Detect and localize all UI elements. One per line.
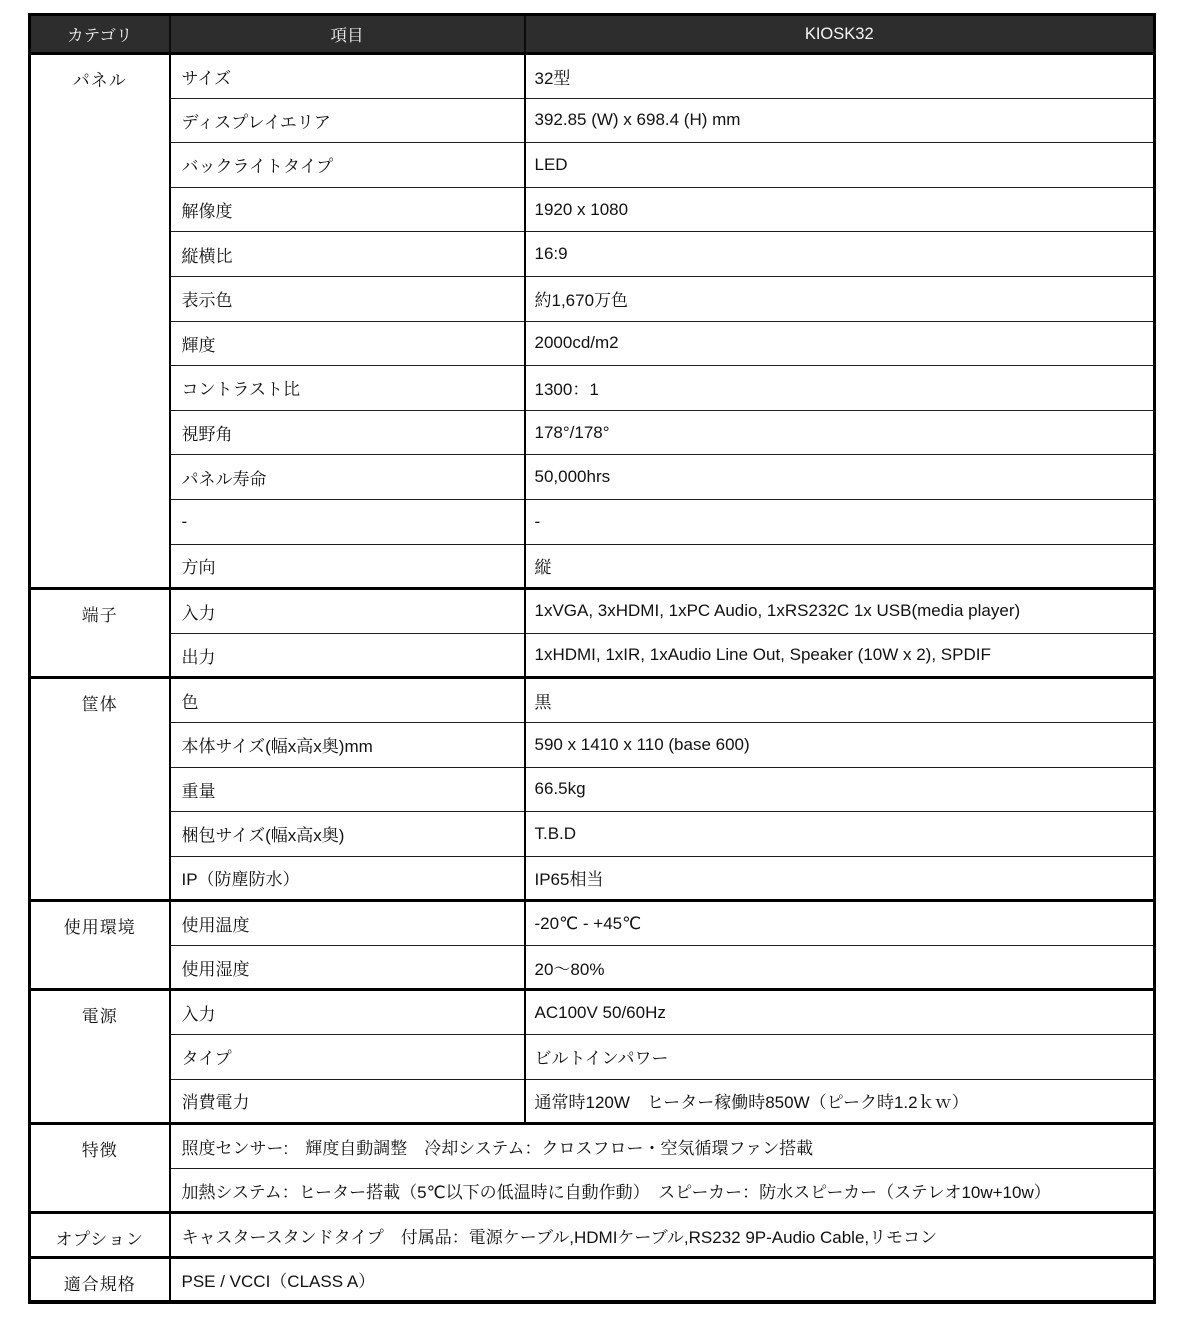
spec-row: パネル寿命50,000hrs [30, 455, 1155, 500]
spec-row: オプションキャスタースタンドタイプ 付属品：電源ケーブル,HDMIケーブル,RS… [30, 1213, 1155, 1258]
value-cell: -20℃ - +45℃ [525, 901, 1155, 946]
spec-text-cell: 照度センサー: 輝度自動調整 冷却システム：クロスフロー・空気循環ファン搭載 [170, 1124, 1155, 1169]
spec-row: バックライトタイプLED [30, 143, 1155, 188]
value-cell: 縦 [525, 544, 1155, 589]
header-category: カテゴリ [30, 15, 170, 54]
spec-row: 電源入力AC100V 50/60Hz [30, 990, 1155, 1035]
value-cell: 50,000hrs [525, 455, 1155, 500]
spec-table-header: カテゴリ 項目 KIOSK32 [30, 15, 1155, 54]
item-cell: 輝度 [170, 321, 525, 366]
spec-row: 端子入力1xVGA, 3xHDMI, 1xPC Audio, 1xRS232C … [30, 589, 1155, 634]
category-cell: 特徴 [30, 1124, 170, 1213]
value-cell: 1xHDMI, 1xIR, 1xAudio Line Out, Speaker … [525, 633, 1155, 678]
value-cell: LED [525, 143, 1155, 188]
spec-row: 消費電力通常時120W ヒーター稼働時850W（ピーク時1.2ｋｗ） [30, 1079, 1155, 1124]
spec-row: 出力1xHDMI, 1xIR, 1xAudio Line Out, Speake… [30, 633, 1155, 678]
spec-row: -- [30, 499, 1155, 544]
item-cell: 本体サイズ(幅x高x奥)mm [170, 722, 525, 767]
value-cell: 20〜80% [525, 945, 1155, 990]
item-cell: パネル寿命 [170, 455, 525, 500]
item-cell: 入力 [170, 990, 525, 1035]
item-cell: 重量 [170, 767, 525, 812]
item-cell: 梱包サイズ(幅x高x奥) [170, 812, 525, 857]
header-product: KIOSK32 [525, 15, 1155, 54]
value-cell: T.B.D [525, 812, 1155, 857]
value-cell: 2000cd/m2 [525, 321, 1155, 366]
spec-text-cell: キャスタースタンドタイプ 付属品：電源ケーブル,HDMIケーブル,RS232 9… [170, 1213, 1155, 1258]
value-cell: 178°/178° [525, 410, 1155, 455]
header-item: 項目 [170, 15, 525, 54]
spec-text-cell: 加熱システム：ヒーター搭載（5℃以下の低温時に自動作動） スピーカー：防水スピー… [170, 1168, 1155, 1213]
spec-text-cell: PSE / VCCI（CLASS A） [170, 1258, 1155, 1303]
value-cell: ビルトインパワー [525, 1035, 1155, 1080]
category-cell: 筐体 [30, 678, 170, 901]
item-cell: 使用温度 [170, 901, 525, 946]
value-cell: 1920 x 1080 [525, 187, 1155, 232]
value-cell: IP65相当 [525, 856, 1155, 901]
value-cell: 392.85 (W) x 698.4 (H) mm [525, 98, 1155, 143]
item-cell: 色 [170, 678, 525, 723]
spec-row: IP（防塵防水）IP65相当 [30, 856, 1155, 901]
spec-row: 視野角178°/178° [30, 410, 1155, 455]
spec-row: 縦横比16:9 [30, 232, 1155, 277]
item-cell: 視野角 [170, 410, 525, 455]
item-cell: タイプ [170, 1035, 525, 1080]
category-cell: 適合規格 [30, 1258, 170, 1303]
item-cell: 解像度 [170, 187, 525, 232]
header-row: カテゴリ 項目 KIOSK32 [30, 15, 1155, 54]
value-cell: AC100V 50/60Hz [525, 990, 1155, 1035]
spec-row: 使用湿度20〜80% [30, 945, 1155, 990]
item-cell: - [170, 499, 525, 544]
spec-row: パネルサイズ32型 [30, 54, 1155, 99]
item-cell: 出力 [170, 633, 525, 678]
item-cell: 縦横比 [170, 232, 525, 277]
spec-table: カテゴリ 項目 KIOSK32 パネルサイズ32型ディスプレイエリア392.85… [28, 13, 1156, 1304]
spec-row: 使用環境使用温度-20℃ - +45℃ [30, 901, 1155, 946]
spec-row: 梱包サイズ(幅x高x奥)T.B.D [30, 812, 1155, 857]
item-cell: 方向 [170, 544, 525, 589]
item-cell: IP（防塵防水） [170, 856, 525, 901]
value-cell: 590 x 1410 x 110 (base 600) [525, 722, 1155, 767]
category-cell: パネル [30, 54, 170, 589]
spec-row: 方向縦 [30, 544, 1155, 589]
spec-row: 適合規格PSE / VCCI（CLASS A） [30, 1258, 1155, 1303]
value-cell: 1xVGA, 3xHDMI, 1xPC Audio, 1xRS232C 1x U… [525, 589, 1155, 634]
value-cell: - [525, 499, 1155, 544]
spec-row: 本体サイズ(幅x高x奥)mm590 x 1410 x 110 (base 600… [30, 722, 1155, 767]
spec-row: コントラスト比1300：1 [30, 366, 1155, 411]
category-cell: 使用環境 [30, 901, 170, 990]
spec-row: 特徴照度センサー: 輝度自動調整 冷却システム：クロスフロー・空気循環ファン搭載 [30, 1124, 1155, 1169]
spec-table-body: パネルサイズ32型ディスプレイエリア392.85 (W) x 698.4 (H)… [30, 54, 1155, 1303]
item-cell: 使用湿度 [170, 945, 525, 990]
value-cell: 約1,670万色 [525, 276, 1155, 321]
item-cell: 消費電力 [170, 1079, 525, 1124]
item-cell: ディスプレイエリア [170, 98, 525, 143]
spec-row: 加熱システム：ヒーター搭載（5℃以下の低温時に自動作動） スピーカー：防水スピー… [30, 1168, 1155, 1213]
spec-row: 筐体色黒 [30, 678, 1155, 723]
value-cell: 66.5kg [525, 767, 1155, 812]
value-cell: 32型 [525, 54, 1155, 99]
spec-row: 重量66.5kg [30, 767, 1155, 812]
item-cell: 表示色 [170, 276, 525, 321]
value-cell: 黒 [525, 678, 1155, 723]
spec-row: 輝度2000cd/m2 [30, 321, 1155, 366]
category-cell: 端子 [30, 589, 170, 678]
category-cell: オプション [30, 1213, 170, 1258]
spec-row: 表示色約1,670万色 [30, 276, 1155, 321]
category-cell: 電源 [30, 990, 170, 1124]
item-cell: バックライトタイプ [170, 143, 525, 188]
item-cell: 入力 [170, 589, 525, 634]
value-cell: 通常時120W ヒーター稼働時850W（ピーク時1.2ｋｗ） [525, 1079, 1155, 1124]
spec-row: タイプビルトインパワー [30, 1035, 1155, 1080]
spec-row: 解像度1920 x 1080 [30, 187, 1155, 232]
item-cell: コントラスト比 [170, 366, 525, 411]
value-cell: 16:9 [525, 232, 1155, 277]
spec-sheet: カテゴリ 項目 KIOSK32 パネルサイズ32型ディスプレイエリア392.85… [28, 13, 1156, 1304]
item-cell: サイズ [170, 54, 525, 99]
value-cell: 1300：1 [525, 366, 1155, 411]
spec-row: ディスプレイエリア392.85 (W) x 698.4 (H) mm [30, 98, 1155, 143]
